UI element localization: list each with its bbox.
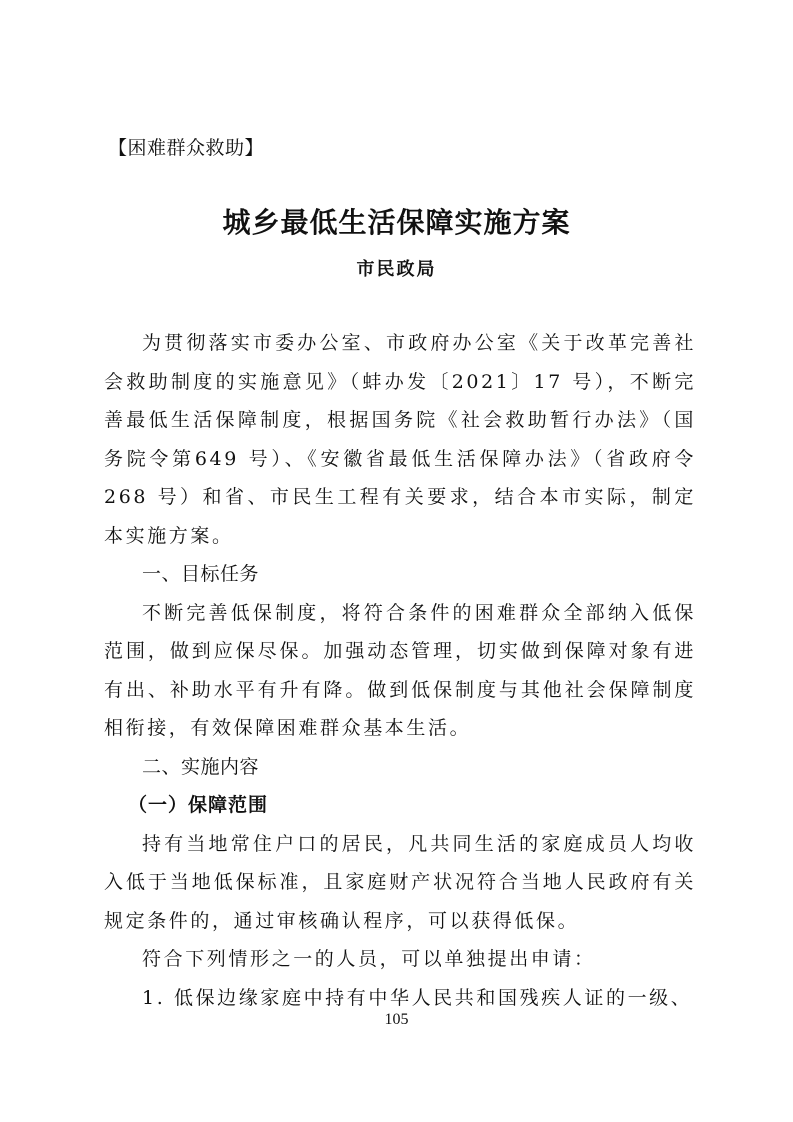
- section-heading-content: 二、实施内容: [104, 748, 696, 787]
- category-label: 【困难群众救助】: [108, 133, 264, 160]
- individual-application-paragraph: 符合下列情形之一的人员，可以单独提出申请：: [104, 940, 696, 979]
- intro-paragraph: 为贯彻落实市委办公室、市政府办公室《关于改革完善社会救助制度的实施意见》（蚌办发…: [104, 324, 696, 555]
- document-body: 为贯彻落实市委办公室、市政府办公室《关于改革完善社会救助制度的实施意见》（蚌办发…: [104, 324, 696, 1017]
- document-page: 【困难群众救助】 城乡最低生活保障实施方案 市民政局 为贯彻落实市委办公室、市政…: [0, 0, 793, 1122]
- scope-paragraph: 持有当地常住户口的居民，凡共同生活的家庭成员人均收入低于当地低保标准，且家庭财产…: [104, 825, 696, 941]
- page-number: 105: [0, 1011, 793, 1029]
- subsection-heading-scope: （一）保障范围: [104, 786, 696, 825]
- goals-paragraph: 不断完善低保制度，将符合条件的困难群众全部纳入低保范围，做到应保尽保。加强动态管…: [104, 594, 696, 748]
- section-heading-goals: 一、目标任务: [104, 555, 696, 594]
- author-department: 市民政局: [0, 255, 793, 281]
- page-title: 城乡最低生活保障实施方案: [0, 201, 793, 241]
